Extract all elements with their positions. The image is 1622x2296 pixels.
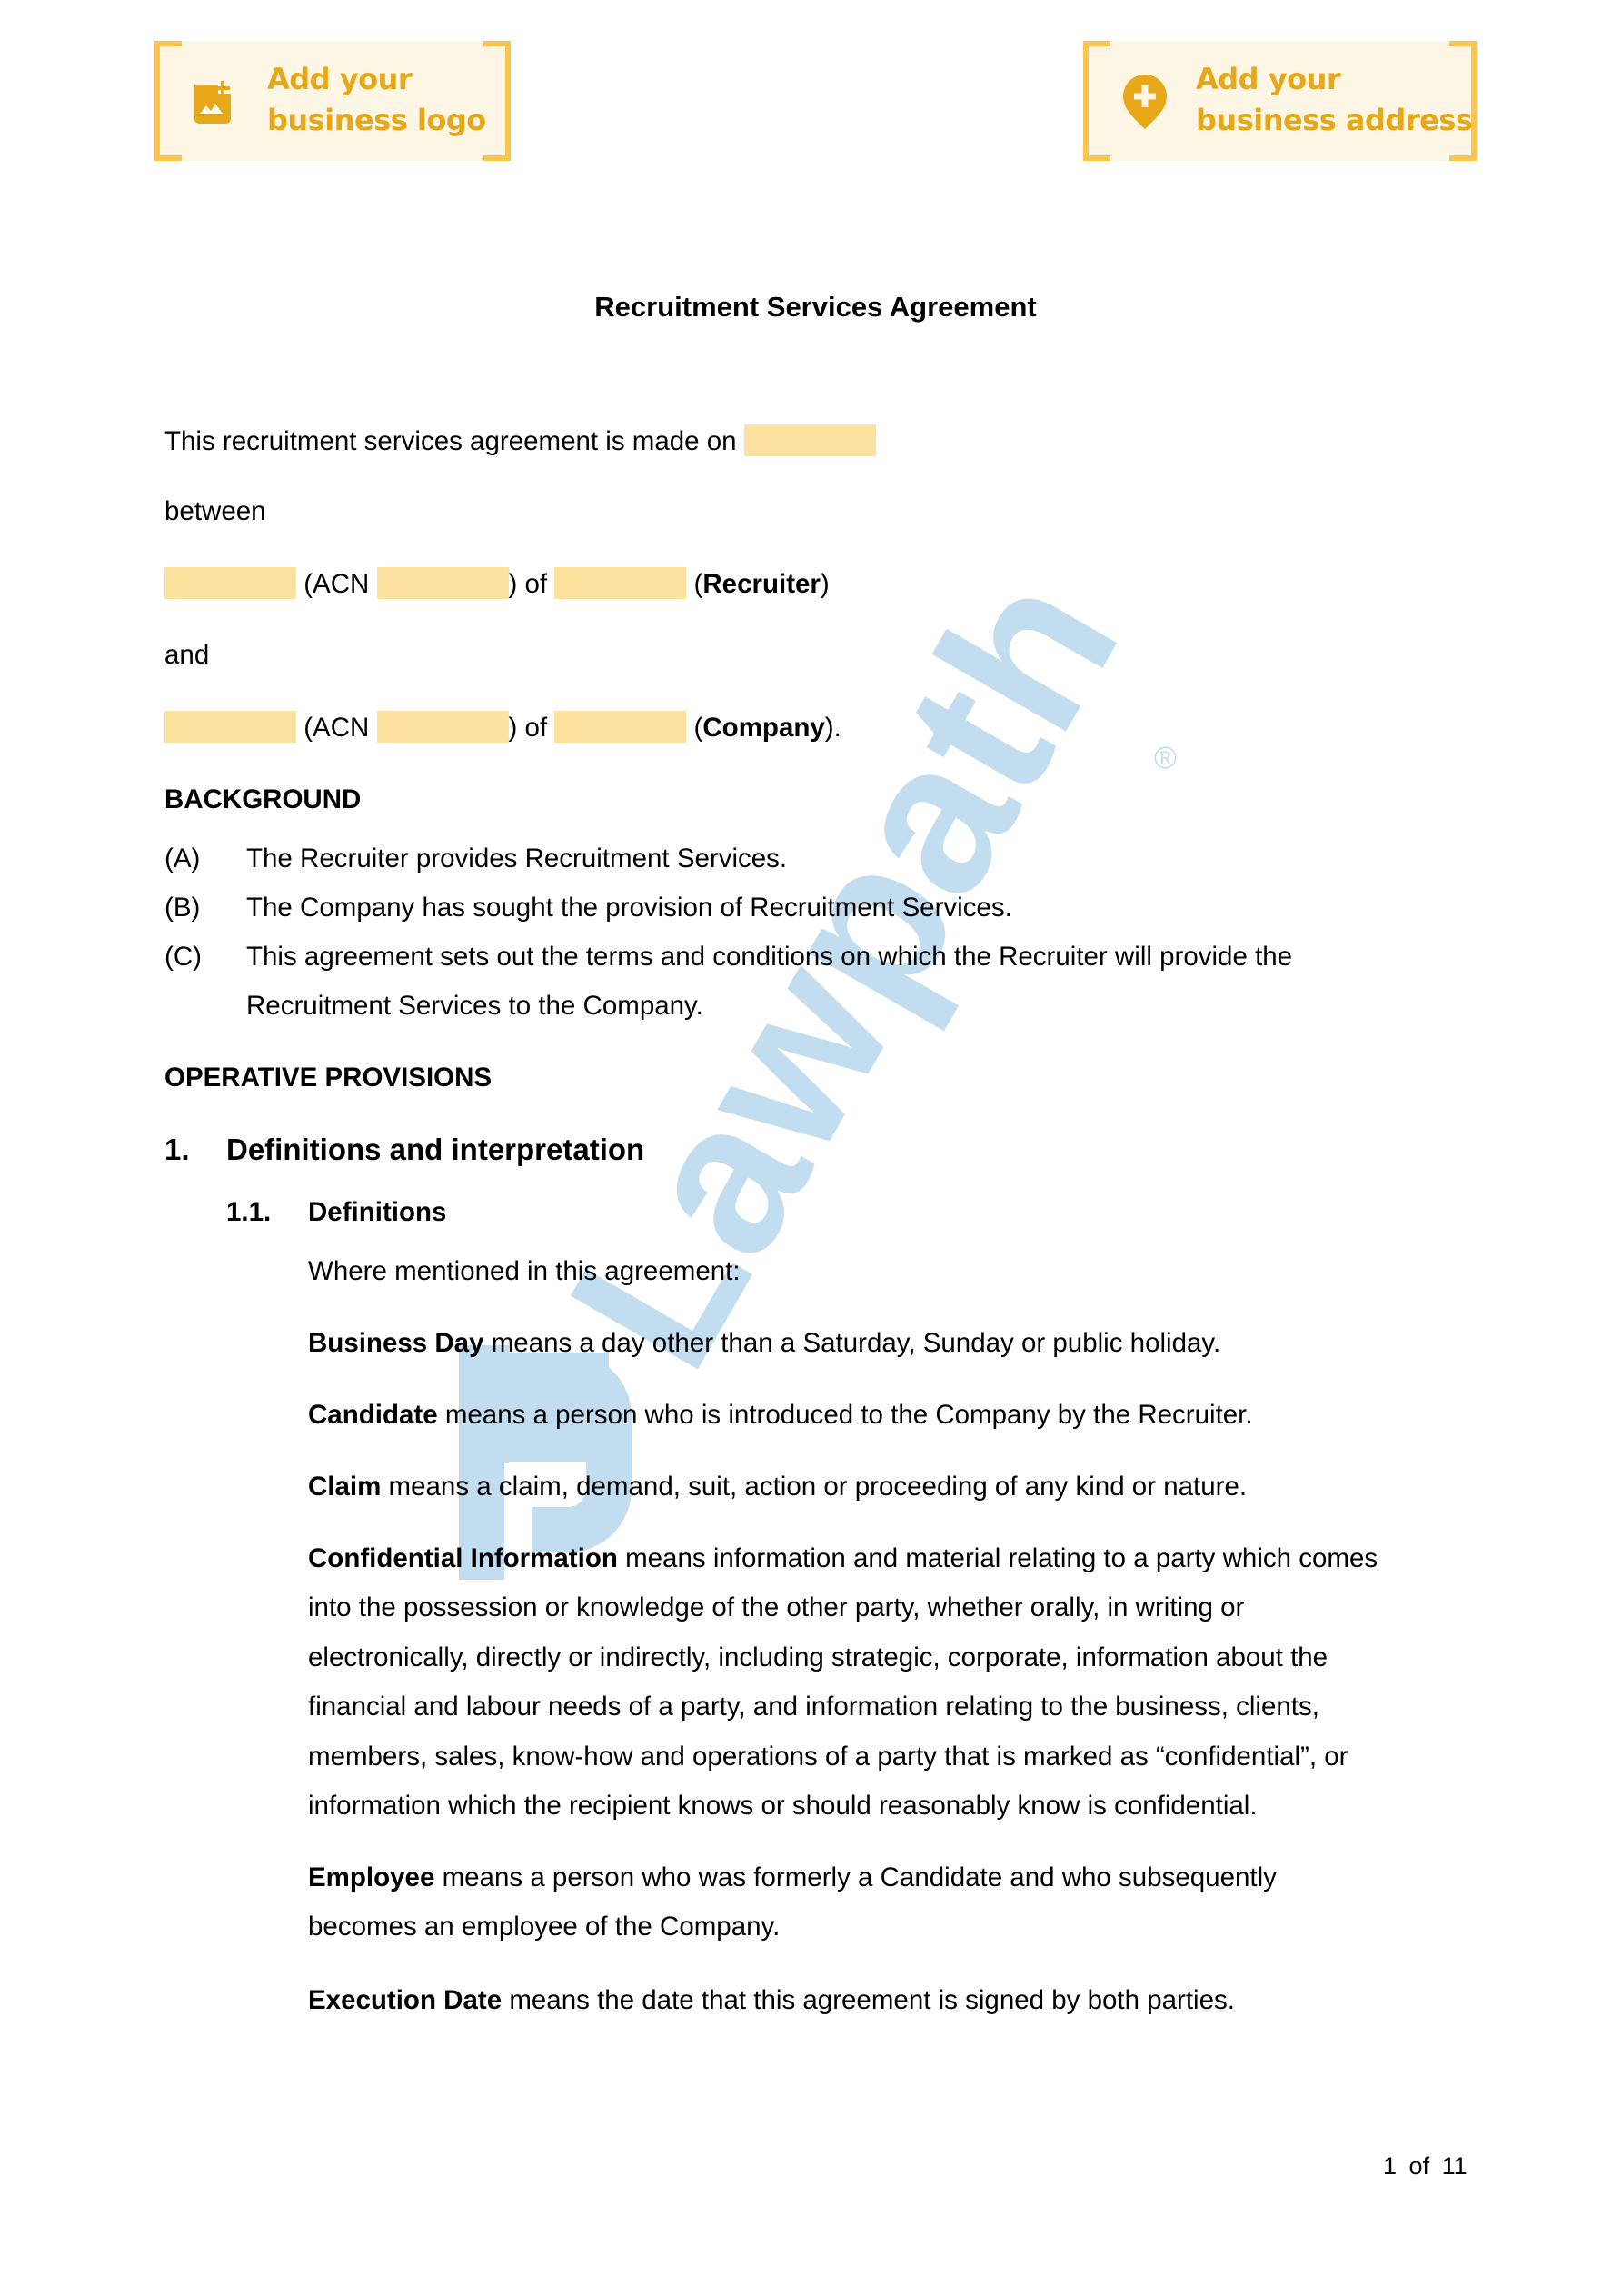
- add-address-button[interactable]: Add your business address: [1083, 41, 1477, 161]
- page-number: 1 of 11: [1383, 2150, 1468, 2182]
- add-logo-button[interactable]: Add your business logo: [154, 41, 511, 161]
- bracket-right: [483, 41, 511, 161]
- company-address-field[interactable]: [554, 711, 686, 743]
- definition-execution-date: Execution Date means the date that this …: [308, 1984, 1235, 2017]
- definition-business-day: Business Day means a day other than a Sa…: [308, 1327, 1220, 1360]
- definition-claim: Claim means a claim, demand, suit, actio…: [308, 1471, 1247, 1503]
- definition-candidate: Candidate means a person who is introduc…: [308, 1399, 1253, 1432]
- section-1-1-number: 1.1.: [226, 1196, 271, 1229]
- bracket-left: [154, 41, 182, 161]
- definition-term: Claim: [308, 1472, 381, 1502]
- recital-c-label: (C): [164, 941, 202, 973]
- and-text: and: [164, 639, 209, 672]
- definition-term: Candidate: [308, 1400, 438, 1430]
- map-pin-plus-icon: [1121, 73, 1169, 131]
- background-heading: BACKGROUND: [164, 784, 361, 816]
- operative-heading: OPERATIVE PROVISIONS: [164, 1062, 492, 1094]
- recital-c-line1: This agreement sets out the terms and co…: [246, 941, 1292, 973]
- intro-line: This recruitment services agreement is m…: [164, 424, 876, 458]
- definition-term: Employee: [308, 1862, 434, 1892]
- bracket-left: [1083, 41, 1110, 161]
- logo-placeholder-line2: business logo: [267, 100, 486, 141]
- recruiter-acn-field[interactable]: [377, 567, 509, 599]
- between-text: between: [164, 495, 266, 528]
- acn-label: (ACN: [304, 713, 369, 743]
- section-1-title: Definitions and interpretation: [226, 1133, 644, 1166]
- image-plus-icon: [191, 77, 236, 125]
- company-acn-field[interactable]: [377, 711, 509, 743]
- document-title: Recruitment Services Agreement: [0, 291, 1622, 324]
- definition-term: Confidential Information: [308, 1543, 618, 1573]
- recital-b-label: (B): [164, 892, 200, 924]
- of-label: ) of: [509, 569, 548, 599]
- date-field[interactable]: [744, 424, 876, 456]
- recital-a-label: (A): [164, 843, 200, 875]
- address-placeholder-line2: business address: [1196, 100, 1472, 141]
- intro-text: This recruitment services agreement is m…: [164, 426, 737, 456]
- logo-placeholder-line1: Add your: [267, 59, 412, 100]
- party-role: Company: [702, 713, 824, 743]
- company-name-field[interactable]: [164, 711, 296, 743]
- section-1-number: 1.: [164, 1133, 190, 1166]
- party-company: (ACN ) of (Company).: [164, 711, 841, 744]
- definition-term: Business Day: [308, 1328, 483, 1358]
- recruiter-name-field[interactable]: [164, 567, 296, 599]
- recital-a-text: The Recruiter provides Recruitment Servi…: [246, 843, 787, 875]
- of-label: ) of: [509, 713, 548, 743]
- party-role: Recruiter: [702, 569, 821, 599]
- registered-mark: ®: [1154, 741, 1177, 775]
- address-placeholder-line1: Add your: [1196, 59, 1340, 100]
- party-recruiter: (ACN ) of (Recruiter): [164, 567, 830, 601]
- recital-b-text: The Company has sought the provision of …: [246, 892, 1012, 924]
- definitions-intro: Where mentioned in this agreement:: [308, 1255, 741, 1288]
- recruiter-address-field[interactable]: [554, 567, 686, 599]
- definition-term: Execution Date: [308, 1985, 502, 2015]
- recital-c-line2: Recruitment Services to the Company.: [246, 990, 703, 1023]
- acn-label: (ACN: [304, 569, 369, 599]
- section-1-1-title: Definitions: [308, 1196, 446, 1229]
